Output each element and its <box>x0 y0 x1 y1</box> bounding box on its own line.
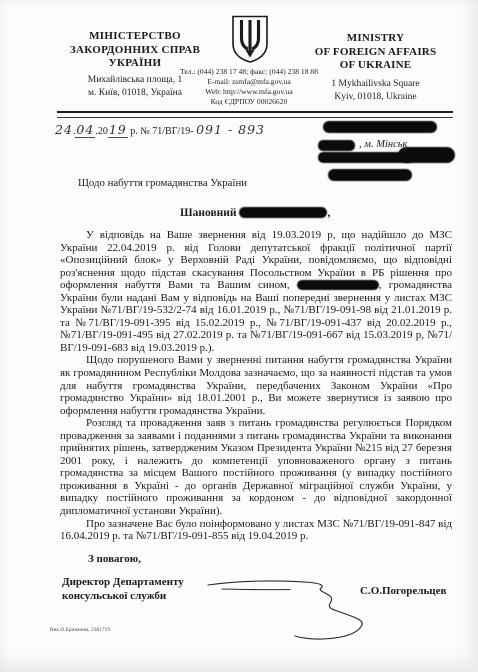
redacted-son-name <box>297 280 379 290</box>
web-line: Web: http://www.mfa.gov.ua <box>163 87 335 97</box>
email-line: E-mail: zsmfa@mfa.gov.ua <box>163 77 335 87</box>
ministry-ua-line1: МІНІСТЕРСТВО <box>40 30 230 44</box>
handwritten-year: 19 <box>108 122 128 138</box>
handwritten-ref-number: 091 - 893 <box>196 122 265 137</box>
redacted-recipient-line2 <box>318 140 355 151</box>
signer-position-line1: Директор Департаменту <box>62 575 184 589</box>
edrpou-line: Код ЄДРПОУ 00026620 <box>163 97 335 107</box>
redacted-recipient-line4 <box>328 169 412 181</box>
ukraine-trident-emblem-icon <box>231 15 269 63</box>
letterhead-divider <box>57 111 453 118</box>
executor-footnote: Вик.О.Брижнева, 2381719 <box>50 628 110 633</box>
handwritten-day: 24 <box>55 122 73 137</box>
salutation: Шановний , <box>180 207 452 219</box>
reference-line: 24.04.2019 р. № 71/ВГ/19- 091 - 893 <box>55 122 265 137</box>
handwritten-signature <box>195 572 380 650</box>
contact-block: Тел.: (044) 238 17 48; факс: (044) 238 1… <box>163 67 335 107</box>
paragraph-2: Щодо порушеного Вами у зверненні питання… <box>60 354 452 417</box>
paragraph-4: Про зазначене Вас було поінформовано у л… <box>60 518 452 543</box>
signer-position-line2: консульської служби <box>62 589 184 603</box>
letter-body: Шановний , У відповідь на Ваше звернення… <box>60 204 452 543</box>
redacted-addressee-name <box>239 207 327 218</box>
phone-fax-line: Тел.: (044) 238 17 48; факс: (044) 238 1… <box>163 67 335 77</box>
handwritten-month: 04 <box>75 122 95 138</box>
ministry-en-line1: MINISTRY <box>288 32 463 46</box>
salutation-prefix: Шановний <box>180 207 239 219</box>
ministry-name-ua: МІНІСТЕРСТВО ЗАКОРДОННИХ СПРАВ УКРАЇНИ <box>40 30 230 71</box>
redacted-recipient-line1 <box>323 121 437 133</box>
redacted-recipient-line3b <box>398 147 455 163</box>
closing-regards: З повагою, <box>88 553 141 565</box>
paragraph-1: У відповідь на Ваше звернення від 19.03.… <box>60 229 452 354</box>
paragraph-3: Розгляд та провадження заяв з питань гро… <box>60 417 452 517</box>
signer-position: Директор Департаменту консульської служб… <box>62 575 184 603</box>
ref-number-label: р. № 71/ВГ/19- <box>128 126 196 137</box>
signer-name: С.О.Погорельцев <box>360 585 446 597</box>
ministry-en-line2: OF FOREIGN AFFAIRS <box>288 46 463 60</box>
scanned-letter-page: МІНІСТЕРСТВО ЗАКОРДОННИХ СПРАВ УКРАЇНИ М… <box>0 0 478 672</box>
ministry-ua-line2: ЗАКОРДОННИХ СПРАВ <box>40 44 230 58</box>
subject-line: Щодо набуття громадянства України <box>78 177 247 189</box>
salutation-suffix: , <box>327 207 330 219</box>
ref-sep2: .20 <box>95 126 108 137</box>
